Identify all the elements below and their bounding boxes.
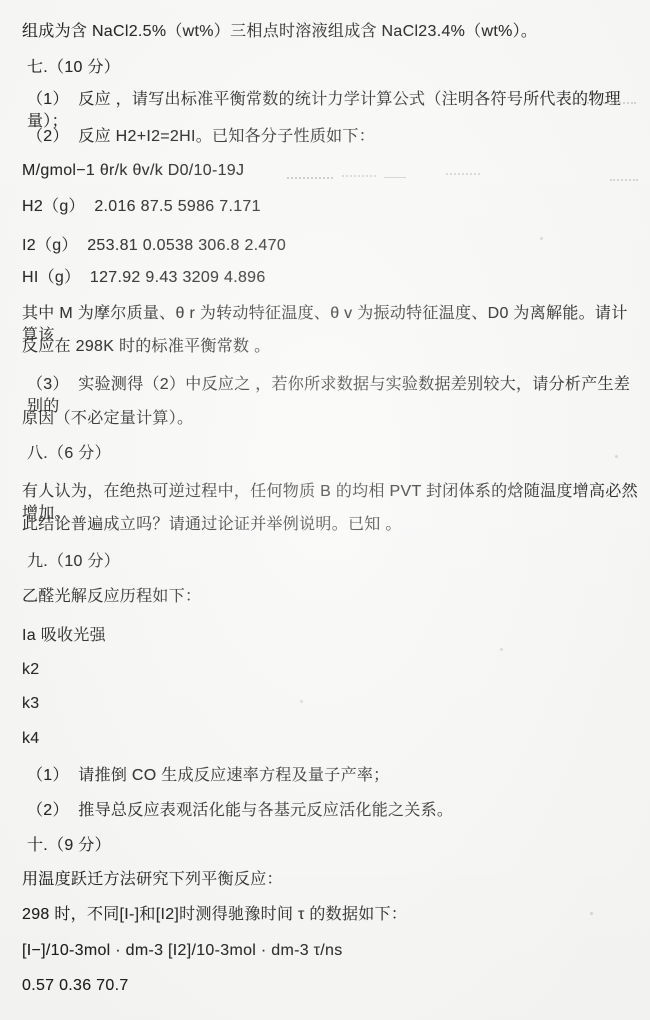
q7-part-3-continued: 原因（不必定量计算）。 — [22, 408, 640, 430]
scanned-exam-page: 组成为含 NaCl2.5%（wt%）三相点时溶液组成含 NaCl23.4%（wt… — [0, 0, 650, 1020]
molecule-row-h2: H2（g） 2.016 87.5 5986 7.171 — [22, 196, 640, 218]
q9-part-1: （1） 请推倒 CO 生成反应速率方程及量子产率； — [27, 765, 640, 787]
q9-mechanism-k2: k2 — [22, 659, 640, 681]
section-heading-q9: 九.（10 分） — [27, 551, 640, 573]
q9-mechanism-k3: k3 — [22, 693, 640, 715]
section-heading-q8: 八.（6 分） — [27, 443, 640, 465]
scan-speck — [615, 455, 618, 458]
scan-speck — [300, 700, 303, 703]
scan-artifact — [446, 173, 480, 175]
q10-intro: 用温度跃迁方法研究下列平衡反应： — [22, 869, 640, 891]
q7-part-2-continued: 反应在 298K 时的标准平衡常数 。 — [22, 336, 640, 358]
q10-table-header: [I−]/10-3mol · dm-3 [I2]/10-3mol · dm-3 … — [22, 940, 640, 962]
q9-intro: 乙醛光解反应历程如下： — [22, 586, 640, 608]
scan-artifact — [287, 177, 333, 179]
molecule-row-hi: HI（g） 127.92 9.43 3209 4.896 — [22, 267, 640, 289]
scan-artifact — [610, 179, 638, 181]
scan-speck — [500, 648, 503, 651]
scan-speck — [540, 237, 543, 240]
q9-mechanism-ia: Ia 吸收光强 — [22, 625, 640, 647]
section-heading-q7: 七.（10 分） — [27, 57, 640, 79]
q10-data-intro: 298 时，不同[I-]和[I2]时测得驰豫时间 τ 的数据如下： — [22, 904, 640, 926]
scan-artifact — [342, 175, 376, 177]
scan-artifact — [572, 102, 636, 104]
q10-table-row-1: 0.57 0.36 70.7 — [22, 975, 640, 997]
q9-mechanism-k4: k4 — [22, 728, 640, 750]
section-heading-q10: 十.（9 分） — [27, 835, 640, 857]
q9-part-2: （2） 推导总反应表观活化能与各基元反应活化能之关系。 — [27, 800, 640, 822]
text-line-nacl-composition: 组成为含 NaCl2.5%（wt%）三相点时溶液组成含 NaCl23.4%（wt… — [22, 21, 640, 43]
scan-artifact — [384, 177, 406, 178]
scan-speck — [590, 912, 593, 915]
molecule-row-i2: I2（g） 253.81 0.0538 306.8 2.470 — [22, 235, 640, 257]
q8-question: 此结论普遍成立吗？请通过论证并举例说明。已知 。 — [22, 514, 640, 536]
q7-part-2: （2） 反应 H2+I2=2HI。已知各分子性质如下： — [27, 126, 640, 148]
